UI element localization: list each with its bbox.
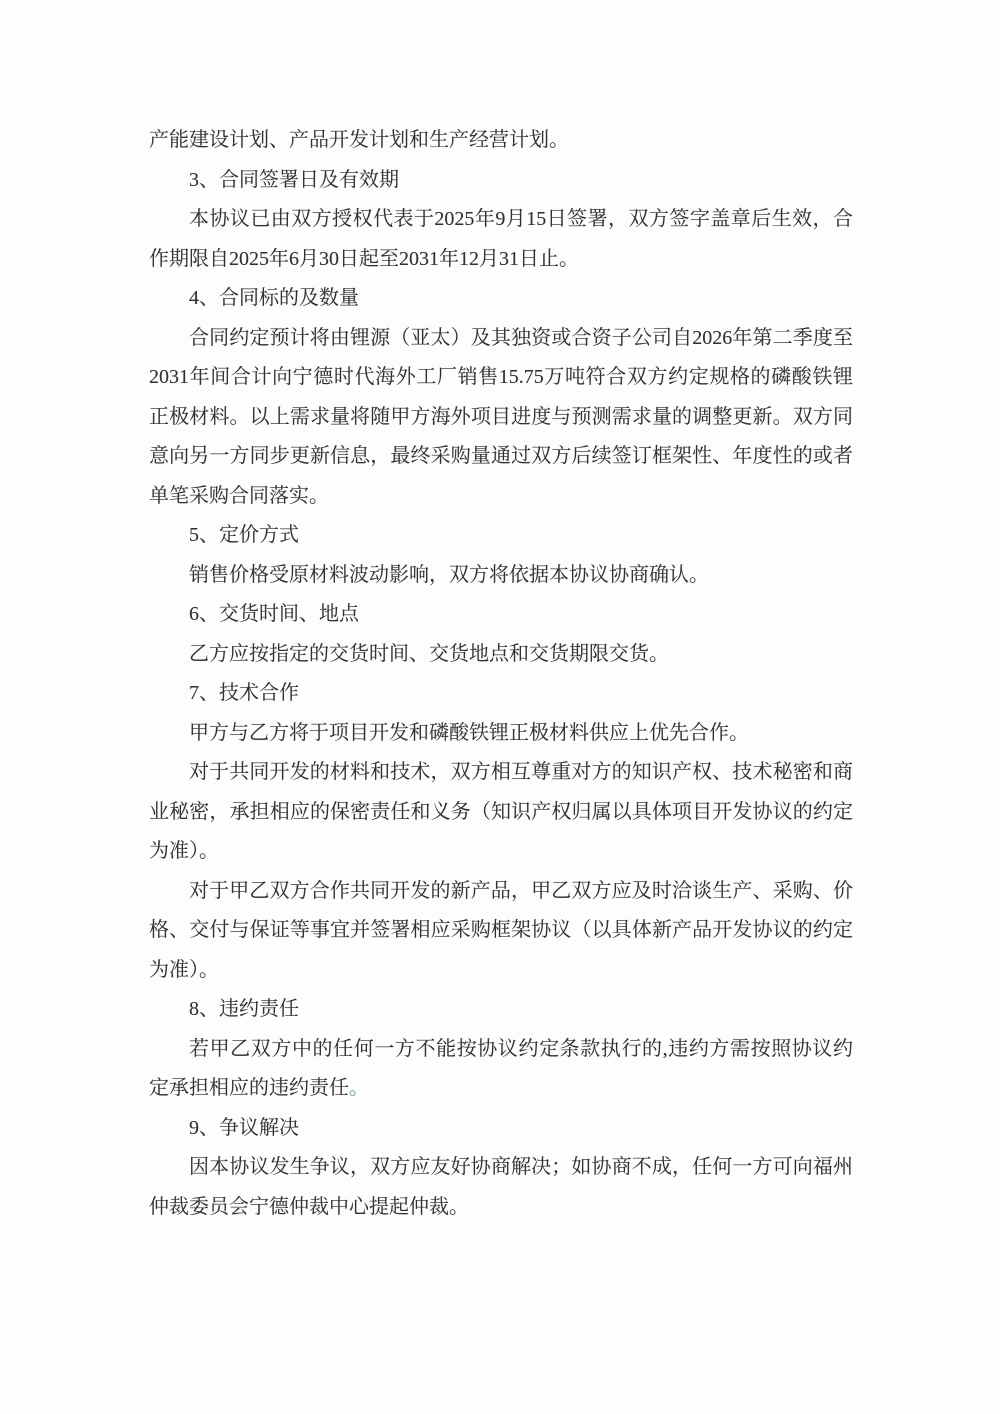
line-text: 单笔采购合同落实。 (149, 485, 329, 507)
line-text: 对于甲乙双方合作共同开发的新产品，甲乙双方应及时洽谈生产、采购、价 (189, 880, 853, 902)
text-line: 格、交付与保证等事宜并签署相应采购框架协议（以具体新产品开发协议的约定 (149, 911, 853, 951)
text-line: 单笔采购合同落实。 (149, 477, 853, 517)
line-text: 6、交货时间、地点 (189, 603, 359, 625)
text-line: 乙方应按指定的交货时间、交货地点和交货期限交货。 (149, 635, 853, 675)
line-text: 意向另一方同步更新信息，最终采购量通过双方后续签订框架性、年度性的或者 (149, 445, 853, 467)
line-text: 业秘密，承担相应的保密责任和义务（知识产权归属以具体项目开发协议的约定 (149, 801, 853, 823)
line-text: 甲方与乙方将于项目开发和磷酸铁锂正极材料供应上优先合作。 (189, 722, 749, 744)
document-body: 产能建设计划、产品开发计划和生产经营计划。3、合同签署日及有效期本协议已由双方授… (149, 121, 853, 1227)
section-heading: 9、争议解决 (149, 1109, 853, 1149)
line-text: 作期限自2025年6月30日起至2031年12月31日止。 (149, 248, 579, 270)
section-heading: 5、定价方式 (149, 516, 853, 556)
text-line: 因本协议发生争议，双方应友好协商解决；如协商不成，任何一方可向福州 (149, 1148, 853, 1188)
line-text: 因本协议发生争议，双方应友好协商解决；如协商不成，任何一方可向福州 (189, 1156, 853, 1178)
text-line: 合同约定预计将由锂源（亚太）及其独资或合资子公司自2026年第二季度至 (149, 319, 853, 359)
text-line: 对于甲乙双方合作共同开发的新产品，甲乙双方应及时洽谈生产、采购、价 (149, 872, 853, 912)
line-text: 格、交付与保证等事宜并签署相应采购框架协议（以具体新产品开发协议的约定 (149, 919, 853, 941)
line-text: 9、争议解决 (189, 1117, 299, 1139)
line-text: 对于共同开发的材料和技术，双方相互尊重对方的知识产权、技术秘密和商 (189, 761, 853, 783)
section-heading: 6、交货时间、地点 (149, 595, 853, 635)
text-line: 甲方与乙方将于项目开发和磷酸铁锂正极材料供应上优先合作。 (149, 714, 853, 754)
text-line: 2031年间合计向宁德时代海外工厂销售15.75万吨符合双方约定规格的磷酸铁锂 (149, 358, 853, 398)
line-text: 产能建设计划、产品开发计划和生产经营计划。 (149, 129, 569, 151)
line-text: 若甲乙双方中的任何一方不能按协议约定条款执行的,违约方需按照协议约 (189, 1038, 853, 1060)
line-text: 乙方应按指定的交货时间、交货地点和交货期限交货。 (189, 643, 669, 665)
text-line: 定承担相应的违约责任。 (149, 1069, 853, 1109)
line-text: 7、技术合作 (189, 682, 299, 704)
text-line: 产能建设计划、产品开发计划和生产经营计划。 (149, 121, 853, 161)
line-text: 为准）。 (149, 840, 219, 862)
section-heading: 4、合同标的及数量 (149, 279, 853, 319)
line-text: 仲裁委员会宁德仲裁中心提起仲裁。 (149, 1196, 469, 1218)
text-line: 仲裁委员会宁德仲裁中心提起仲裁。 (149, 1188, 853, 1228)
text-line: 为准）。 (149, 951, 853, 991)
text-line: 销售价格受原材料波动影响，双方将依据本协议协商确认。 (149, 556, 853, 596)
line-text: 定承担相应的违约责任 (149, 1077, 349, 1099)
line-text: 2031年间合计向宁德时代海外工厂销售15.75万吨符合双方约定规格的磷酸铁锂 (149, 366, 853, 388)
text-line: 作期限自2025年6月30日起至2031年12月31日止。 (149, 240, 853, 280)
line-text: 8、违约责任 (189, 998, 299, 1020)
line-text: 3、合同签署日及有效期 (189, 169, 399, 191)
line-text: 本协议已由双方授权代表于2025年9月15日签署，双方签字盖章后生效，合 (189, 208, 853, 230)
text-line: 本协议已由双方授权代表于2025年9月15日签署，双方签字盖章后生效，合 (149, 200, 853, 240)
accent-period: 。 (349, 1077, 369, 1099)
text-line: 若甲乙双方中的任何一方不能按协议约定条款执行的,违约方需按照协议约 (149, 1030, 853, 1070)
line-text: 为准）。 (149, 959, 219, 981)
section-heading: 3、合同签署日及有效期 (149, 161, 853, 201)
line-text: 5、定价方式 (189, 524, 299, 546)
document-page: 产能建设计划、产品开发计划和生产经营计划。3、合同签署日及有效期本协议已由双方授… (0, 0, 1000, 1414)
section-heading: 8、违约责任 (149, 990, 853, 1030)
section-heading: 7、技术合作 (149, 674, 853, 714)
text-line: 业秘密，承担相应的保密责任和义务（知识产权归属以具体项目开发协议的约定 (149, 793, 853, 833)
line-text: 合同约定预计将由锂源（亚太）及其独资或合资子公司自2026年第二季度至 (189, 327, 853, 349)
line-text: 4、合同标的及数量 (189, 287, 359, 309)
text-line: 正极材料。以上需求量将随甲方海外项目进度与预测需求量的调整更新。双方同 (149, 398, 853, 438)
text-line: 意向另一方同步更新信息，最终采购量通过双方后续签订框架性、年度性的或者 (149, 437, 853, 477)
text-line: 为准）。 (149, 832, 853, 872)
line-text: 销售价格受原材料波动影响，双方将依据本协议协商确认。 (189, 564, 709, 586)
text-line: 对于共同开发的材料和技术，双方相互尊重对方的知识产权、技术秘密和商 (149, 753, 853, 793)
line-text: 正极材料。以上需求量将随甲方海外项目进度与预测需求量的调整更新。双方同 (149, 406, 853, 428)
